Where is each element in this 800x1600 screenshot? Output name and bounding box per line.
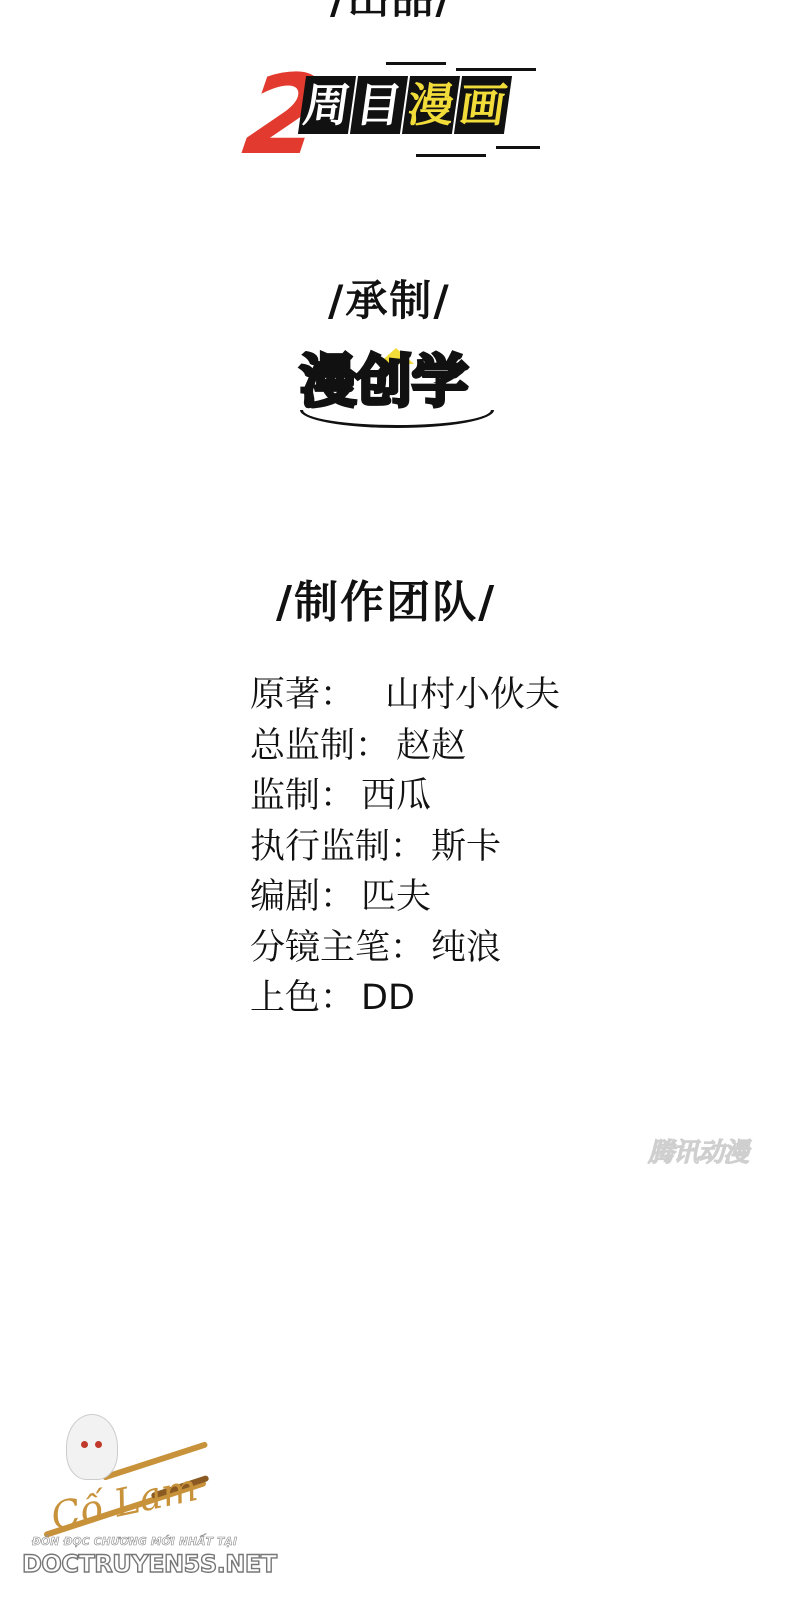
credit-role: 上色： xyxy=(250,978,355,1018)
speed-line xyxy=(386,62,446,65)
mascot-eye xyxy=(81,1441,88,1448)
mascot-eye xyxy=(95,1441,102,1448)
presented-by-heading: /出品/ xyxy=(330,0,453,26)
credit-row: 原著：山村小伙夫 xyxy=(250,670,560,721)
logo-char: 创 xyxy=(356,348,412,418)
credit-row: 执行监制：斯卡 xyxy=(250,822,560,873)
2zhoumu-manhua-logo: 2 周 目 漫 画 xyxy=(246,60,546,170)
produced-by-heading: /承制/ xyxy=(328,268,451,328)
credit-role: 分镜主笔： xyxy=(250,928,425,968)
credit-row: 上色：DD xyxy=(250,973,560,1024)
mascot-icon xyxy=(66,1414,118,1480)
logo-chars: 漫 创 学 xyxy=(300,348,468,418)
credit-row: 监制：西瓜 xyxy=(250,771,560,822)
logo-char: 目 xyxy=(350,76,408,134)
credit-name: DD xyxy=(361,978,415,1018)
site-tagline: ĐÓN ĐỌC CHƯƠNG MỚI NHẤT TẠI xyxy=(32,1536,237,1548)
credit-role: 执行监制： xyxy=(250,827,425,867)
speed-line xyxy=(496,146,540,149)
logo-char: 学 xyxy=(412,348,468,418)
speed-line xyxy=(456,68,536,71)
credit-role: 总监制： xyxy=(250,726,390,766)
site-url: DOCTRUYEN5S.NET xyxy=(22,1550,277,1578)
platform-watermark: 腾讯动漫 xyxy=(648,1132,748,1169)
credit-row: 编剧：匹夫 xyxy=(250,872,560,923)
logo-char: 漫 xyxy=(402,76,460,134)
logo-chars: 周 目 漫 画 xyxy=(302,76,508,134)
site-watermark: Cố Lam ĐÓN ĐỌC CHƯƠNG MỚI NHẤT TẠI DOCTR… xyxy=(20,1410,250,1590)
credit-role: 原著： xyxy=(250,675,355,715)
credit-name: 纯浪 xyxy=(431,928,501,968)
team-heading: /制作团队/ xyxy=(276,566,496,630)
site-script-logo: Cố Lam xyxy=(47,1465,201,1539)
logo-char: 画 xyxy=(454,76,512,134)
logo-char: 周 xyxy=(298,76,356,134)
logo-arch-base xyxy=(300,410,494,428)
speed-line xyxy=(416,154,486,157)
credit-row: 分镜主笔：纯浪 xyxy=(250,923,560,974)
manchuangxue-logo: 漫 创 学 xyxy=(300,348,494,430)
credit-name: 赵赵 xyxy=(396,726,466,766)
credit-name: 斯卡 xyxy=(431,827,501,867)
credit-row: 总监制：赵赵 xyxy=(250,721,560,772)
credit-name: 匹夫 xyxy=(361,877,431,917)
logo-char: 漫 xyxy=(300,348,356,418)
credits-list: 原著：山村小伙夫 总监制：赵赵 监制：西瓜 执行监制：斯卡 编剧：匹夫 分镜主笔… xyxy=(250,670,560,1024)
credit-role: 监制： xyxy=(250,776,355,816)
credit-name: 西瓜 xyxy=(361,776,431,816)
credit-role: 编剧： xyxy=(250,877,355,917)
credit-name: 山村小伙夫 xyxy=(385,675,560,715)
